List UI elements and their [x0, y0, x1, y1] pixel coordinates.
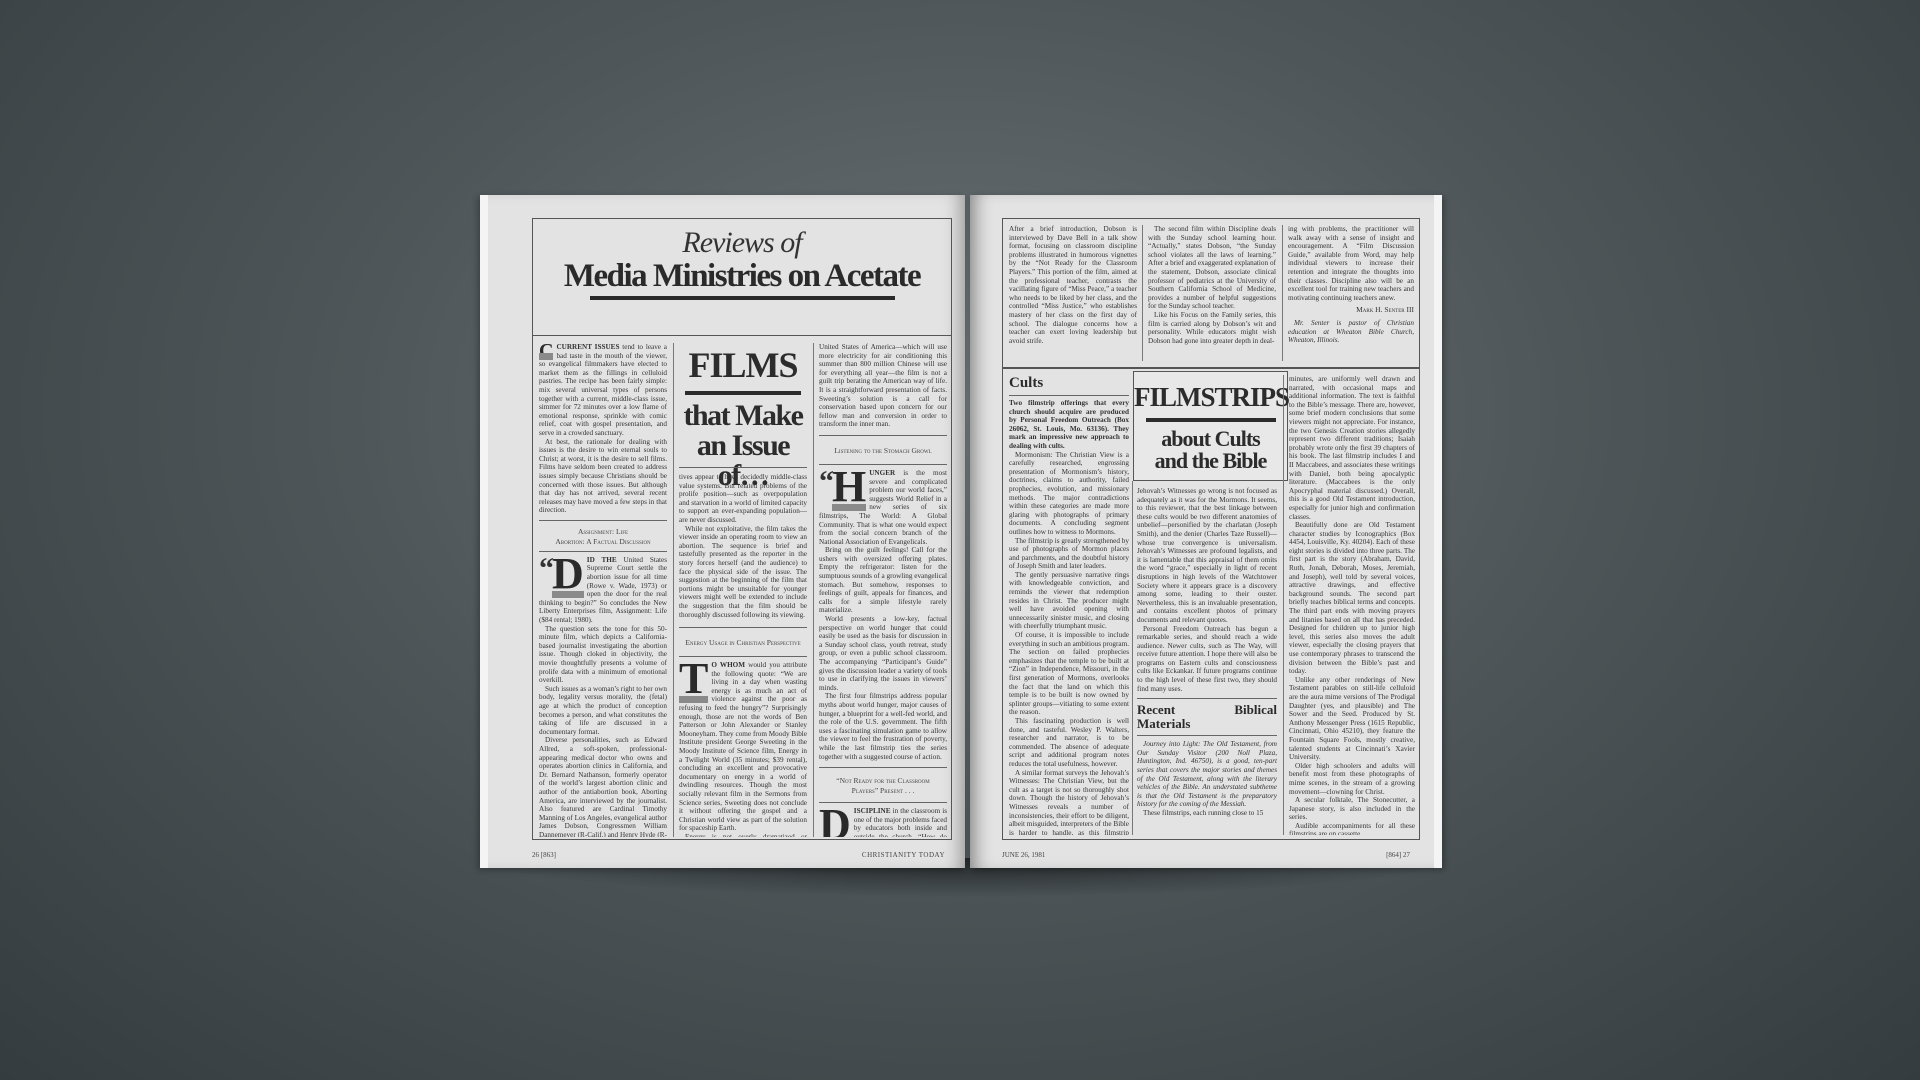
article-title: Reviews of Media Ministries on Acetate — [533, 227, 951, 300]
dropcap-d: D — [819, 807, 851, 837]
date-footer: JUNE 26, 1981 — [1002, 851, 1045, 859]
mid-column: Jehovah’s Witnesses go wrong is not focu… — [1137, 487, 1277, 835]
top-col2-paragraph-1: The second film within Discipline deals … — [1148, 225, 1276, 311]
dropcap-t: T — [679, 661, 708, 703]
column-rule — [1132, 481, 1133, 835]
left-column-3: United States of America—which will use … — [819, 343, 947, 837]
filmstrips-heading: FILMSTRIPS — [1134, 382, 1287, 412]
recent-biblical-materials-heading: Recent Biblical Materials — [1137, 703, 1277, 731]
right-top-column-2: The second film within Discipline deals … — [1148, 225, 1276, 361]
divider — [679, 627, 807, 628]
right-paragraph-1: minutes, are uniformly well drawn and na… — [1289, 375, 1415, 521]
divider — [819, 767, 947, 768]
cults-paragraph-4: Of course, it is impossible to include e… — [1009, 631, 1129, 717]
column-rule — [1282, 225, 1283, 361]
page-number-left: 26 [863] — [532, 851, 556, 859]
right-page: After a brief introduction, Dobson is in… — [970, 195, 1442, 868]
divider — [1009, 395, 1129, 396]
title-divider — [533, 335, 951, 336]
films-bar — [685, 391, 801, 395]
section4-paragraph: DISCIPLINE in the classroom is one of th… — [819, 807, 947, 837]
mid-paragraph-1: Jehovah’s Witnesses go wrong is not focu… — [1137, 487, 1277, 625]
left-page: Reviews of Media Ministries on Acetate C… — [480, 195, 965, 868]
top-col2-paragraph-2: Like his Focus on the Family series, thi… — [1148, 311, 1276, 345]
title-line-2: Media Ministries on Acetate — [533, 259, 951, 293]
right-paragraph-6: Audible accompaniments for all these fil… — [1289, 822, 1415, 835]
left-page-frame: Reviews of Media Ministries on Acetate C… — [532, 218, 952, 840]
divider — [819, 435, 947, 436]
section2-paragraph: TO WHOM would you attribute the followin… — [679, 661, 807, 833]
column-rule — [673, 343, 674, 837]
col2-paragraph-2: While not exploitative, the film takes t… — [679, 525, 807, 620]
cults-paragraph-2: The filmstrip is greatly strengthened by… — [1009, 537, 1129, 571]
divider — [1137, 698, 1277, 699]
filmstrips-bar — [1146, 418, 1276, 422]
running-footer: CHRISTIANITY TODAY — [862, 851, 945, 859]
cults-paragraph-6: A similar format surveys the Jehovah’s W… — [1009, 769, 1129, 835]
section1-paragraph-2: The question sets the tone for this 50-m… — [539, 625, 667, 685]
divider — [539, 520, 667, 521]
section2-paragraph-2: Energy is not overly dramatized or spiri… — [679, 833, 807, 837]
section3-paragraph: “HUNGER is the most severe and complicat… — [819, 469, 947, 546]
cults-column: Cults Two filmstrip offerings that every… — [1009, 375, 1129, 835]
section-heading-energy: Energy Usage in Christian Perspective — [679, 638, 807, 648]
right-page-frame: After a brief introduction, Dobson is in… — [1002, 218, 1420, 840]
mid-paragraph-2: Personal Freedom Outreach has begun a re… — [1137, 625, 1277, 694]
films-box: FILMS that Make an Issue of… — [679, 345, 807, 491]
section1-paragraph-4: Diverse personalities, such as Edward Al… — [539, 736, 667, 837]
cults-paragraph-5: This fascinating production is well done… — [1009, 717, 1129, 769]
mid-paragraph-4: These filmstrips, each running close to … — [1137, 809, 1277, 818]
section1-paragraph-3: Such issues as a woman’s right to her ow… — [539, 685, 667, 737]
filmstrips-subheading: about Cults and the Bible — [1134, 428, 1287, 472]
cults-intro: Two filmstrip offerings that every churc… — [1009, 399, 1129, 451]
bio-senter: Mr. Senter is pastor of Christian educat… — [1288, 319, 1414, 345]
mid-paragraph-3: Journey into Light: The Old Testament, f… — [1137, 740, 1277, 809]
right-paragraph-5: A secular folktale, The Stonecutter, a J… — [1289, 796, 1415, 822]
column-rule — [1283, 375, 1284, 835]
byline-senter: Mark H. Senter III — [1288, 306, 1414, 315]
left-column-2: tives appear to have decidedly middle-cl… — [679, 473, 807, 837]
dropcap-c: C — [539, 343, 553, 360]
divider — [1137, 735, 1277, 736]
section3-paragraph-3: World presents a low-key, factual perspe… — [819, 615, 947, 692]
top-col1-paragraph: After a brief introduction, Dobson is in… — [1009, 225, 1137, 345]
title-line-1: Reviews of — [533, 227, 951, 259]
cults-paragraph-1: Mormonism: The Christian View is a caref… — [1009, 451, 1129, 537]
col3-paragraph-1: United States of America—which will use … — [819, 343, 947, 429]
section-heading-not-ready: “Not Ready for the Classroom Players” Pr… — [819, 776, 947, 796]
col2-paragraph-1: tives appear to have decidedly middle-cl… — [679, 473, 807, 525]
section3-paragraph-2: Bring on the guilt feelings! Call for th… — [819, 546, 947, 615]
section-heading-assignment-life: Assignment: Life Abortion: A Factual Dis… — [539, 527, 667, 547]
cults-heading: Cults — [1009, 375, 1129, 392]
column-rule — [813, 343, 814, 837]
divider — [679, 467, 807, 468]
filmstrips-box-content: FILMSTRIPS about Cults and the Bible — [1134, 382, 1287, 472]
top-col3-paragraph: ing with problems, the practitioner will… — [1288, 225, 1414, 302]
left-column-1: CCURRENT ISSUES tend to leave a bad tast… — [539, 343, 667, 837]
right-paragraph-3: Unlike any other renderings of New Testa… — [1289, 676, 1415, 762]
cults-paragraph-3: The gently persuasive narrative rings wi… — [1009, 571, 1129, 631]
title-underline — [590, 296, 895, 300]
column-rule — [1142, 225, 1143, 361]
page-number-right: [864] 27 — [1386, 851, 1410, 859]
intro-paragraph: CCURRENT ISSUES tend to leave a bad tast… — [539, 343, 667, 438]
intro-paragraph-2: At best, the rationale for dealing with … — [539, 438, 667, 515]
divider — [1003, 367, 1419, 369]
films-heading: FILMS — [679, 345, 807, 385]
right-paragraph-4: Older high schoolers and adults will ben… — [1289, 762, 1415, 796]
filmstrips-box: FILMSTRIPS about Cults and the Bible — [1133, 371, 1288, 481]
right-top-column-3: ing with problems, the practitioner will… — [1288, 225, 1414, 361]
section-heading-stomach-growl: Listening to the Stomach Growl — [819, 446, 947, 456]
right-column: minutes, are uniformly well drawn and na… — [1289, 375, 1415, 835]
dropcap-d: D — [552, 556, 584, 598]
dropcap-h: H — [832, 469, 866, 511]
section3-paragraph-4: The first four filmstrips address popula… — [819, 692, 947, 761]
section1-paragraph: “DID THE United States Supreme Court set… — [539, 556, 667, 625]
right-paragraph-2: Beautifully done are Old Testament chara… — [1289, 521, 1415, 676]
right-top-column-1: After a brief introduction, Dobson is in… — [1009, 225, 1137, 361]
